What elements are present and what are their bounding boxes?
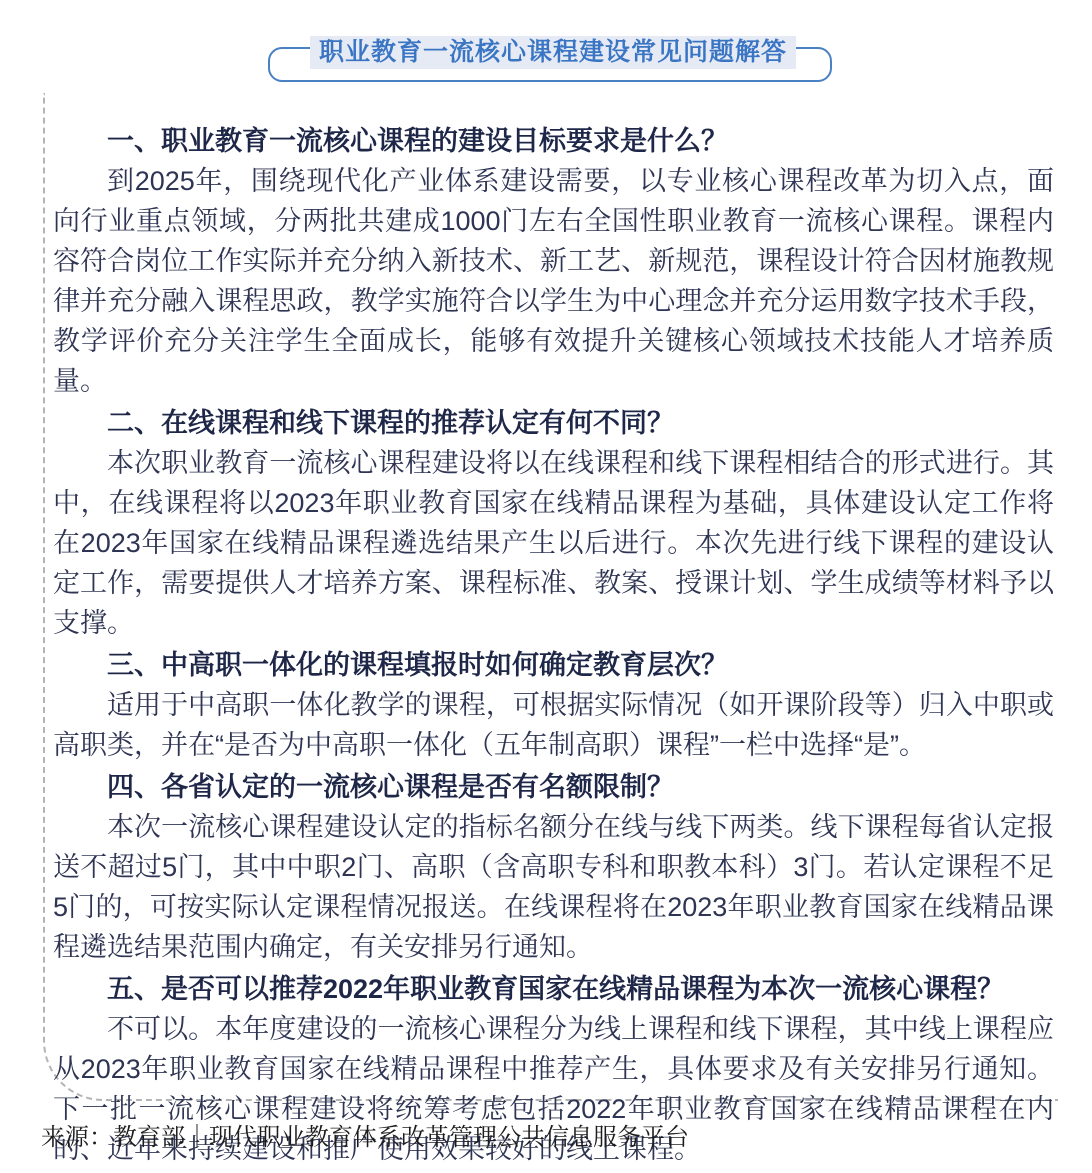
source-line: 来源：教育部｜现代职业教育体系改革管理公共信息服务平台 [41, 1122, 689, 1154]
faq-answer-4: 本次一流核心课程建设认定的指标名额分在线与线下两类。线下课程每省认定报送不超过5… [53, 807, 1054, 967]
faq-question-2: 二、在线课程和线下课程的推荐认定有何不同？ [53, 403, 1054, 443]
faq-question-5: 五、是否可以推荐2022年职业教育国家在线精品课程为本次一流核心课程？ [53, 969, 1054, 1009]
faq-content: 一、职业教育一流核心课程的建设目标要求是什么？ 到2025年，围绕现代化产业体系… [43, 93, 1058, 1101]
faq-question-1: 一、职业教育一流核心课程的建设目标要求是什么？ [53, 121, 1054, 161]
faq-question-3: 三、中高职一体化的课程填报时如何确定教育层次？ [53, 645, 1054, 685]
title-banner: 职业教育一流核心课程建设常见问题解答 [0, 0, 1092, 100]
faq-answer-2: 本次职业教育一流核心课程建设将以在线课程和线下课程相结合的形式进行。其中，在线课… [53, 443, 1054, 643]
faq-question-4: 四、各省认定的一流核心课程是否有名额限制？ [53, 767, 1054, 807]
page-title: 职业教育一流核心课程建设常见问题解答 [310, 36, 796, 69]
faq-answer-1: 到2025年，围绕现代化产业体系建设需要，以专业核心课程改革为切入点，面向行业重… [53, 161, 1054, 401]
faq-answer-3: 适用于中高职一体化教学的课程，可根据实际情况（如开课阶段等）归入中职或高职类，并… [53, 685, 1054, 765]
